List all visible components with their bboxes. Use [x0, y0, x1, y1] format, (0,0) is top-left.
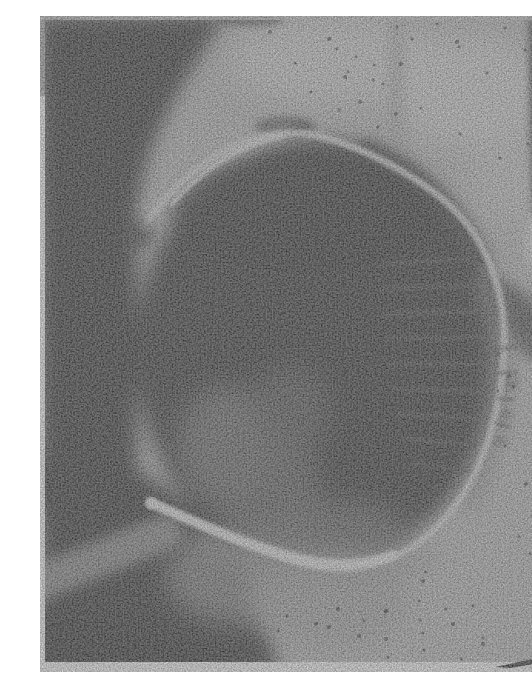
- radiograph-canvas: [40, 16, 532, 672]
- grain-overlay: [40, 16, 532, 672]
- radiograph-photo: [40, 16, 532, 672]
